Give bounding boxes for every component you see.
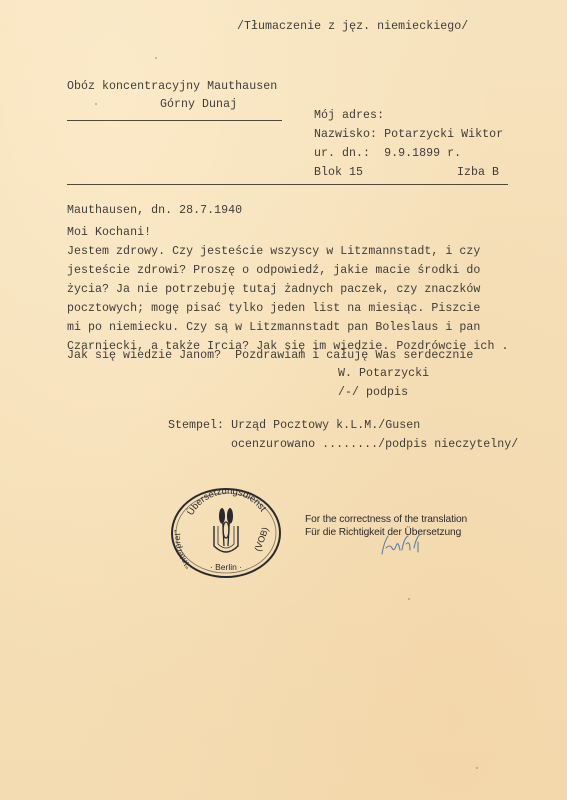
seal-icon: Übersetzungsdienst "Interpret" (VOB) · B…	[168, 486, 284, 580]
translation-service-seal: Übersetzungsdienst "Interpret" (VOB) · B…	[168, 486, 284, 580]
header-divider	[67, 184, 508, 185]
seal-bottom-text: · Berlin ·	[210, 562, 242, 572]
camp-name: Obóz koncentracyjny Mauthausen	[67, 80, 277, 93]
seal-right-text: (VOB)	[252, 526, 270, 553]
seal-top-text: Übersetzungsdienst	[185, 486, 268, 517]
paper-speck	[476, 767, 478, 769]
camp-region: Górny Dunaj	[160, 98, 237, 111]
stamp-note-line2: ocenzurowano ......../podpis nieczytelny…	[231, 438, 518, 451]
certification-line-en: For the correctness of the translation	[305, 513, 467, 526]
seal-left-text: "Interpret"	[172, 529, 193, 570]
translation-note: /Tłumaczenie z jęz. niemieckiego/	[237, 20, 468, 33]
body-line: życia? Ja nie potrzebuję tutaj żadnych p…	[67, 283, 480, 296]
svg-text:"Interpret": "Interpret"	[172, 529, 193, 570]
body-line: pocztowych; mogę pisać tylko jeden list …	[67, 302, 480, 315]
paper-speck	[95, 103, 97, 105]
handwritten-signature-icon	[376, 532, 426, 556]
body-line: jesteście zdrowi? Proszę o odpowiedź, ja…	[67, 264, 480, 277]
signature-note: /-/ podpis	[338, 386, 408, 399]
stamp-note-line1: Stempel: Urząd Pocztowy k.L.M./Gusen	[168, 419, 420, 432]
signature-name: W. Potarzycki	[338, 367, 429, 380]
letter-date: Mauthausen, dn. 28.7.1940	[67, 204, 242, 217]
paper-speck	[408, 598, 410, 600]
letter-page: /Tłumaczenie z jęz. niemieckiego/ Obóz k…	[0, 0, 567, 800]
body-line: Jestem zdrowy. Czy jesteście wszyscy w L…	[67, 245, 480, 258]
address-name: Nazwisko: Potarzycki Wiktor	[314, 128, 503, 141]
address-dob: ur. dn.: 9.9.1899 r.	[314, 147, 461, 160]
letter-greeting: Moi Kochani!	[67, 226, 151, 239]
address-label: Mój adres:	[314, 109, 384, 122]
body-line: mi po niemiecku. Czy są w Litzmannstadt …	[67, 321, 480, 334]
body-line: Jak się wiedzie Janom? Pozdrawiam i cału…	[67, 349, 473, 362]
address-block: Blok 15	[314, 166, 363, 179]
svg-text:Übersetzungsdienst: Übersetzungsdienst	[185, 486, 268, 517]
sender-divider	[67, 120, 282, 121]
address-room: Izba B	[457, 166, 499, 179]
paper-speck	[155, 57, 157, 59]
